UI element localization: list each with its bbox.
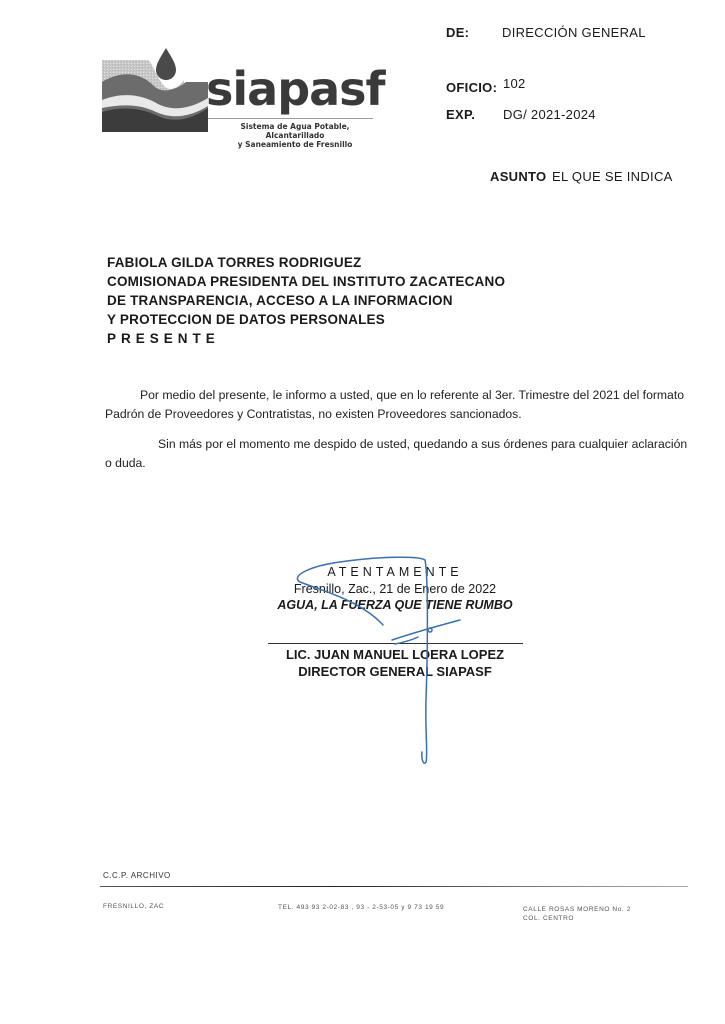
addressee-institution-cont: Y PROTECCION DE DATOS PERSONALES <box>107 310 505 329</box>
addressee-name: FABIOLA GILDA TORRES RODRIGUEZ <box>107 253 505 272</box>
footer-phone: TEL. 493 93 2-02-83 , 93 - 2-53-05 y 9 7… <box>278 903 444 912</box>
signature-line <box>268 643 523 644</box>
signer-name: LIC. JUAN MANUEL LOERA LOPEZ <box>255 647 535 662</box>
addressee-institution: DE TRANSPARENCIA, ACCESO A LA INFORMACIO… <box>107 291 505 310</box>
closing-atentamente: ATENTAMENTE <box>255 565 535 579</box>
brand-subtitle: Sistema de Agua Potable, Alcantarillado … <box>210 122 380 149</box>
footer-city: FRESNILLO, ZAC <box>103 902 164 911</box>
asunto-label: ASUNTO <box>490 169 546 184</box>
asunto-value: EL QUE SE INDICA <box>552 169 673 184</box>
footer-divider <box>100 886 688 887</box>
paragraph2-line1: Sin más por el momento me despido de ust… <box>158 435 687 454</box>
footer-address-line2: COL. CENTRO <box>523 914 631 923</box>
exp-value: DG/ 2021-2024 <box>503 107 596 122</box>
exp-label: EXP. <box>446 107 475 122</box>
de-label: DE: <box>446 25 469 40</box>
brand-subtitle-line2: y Saneamiento de Fresnillo <box>210 140 380 149</box>
ccp-archivo: C.C.P. ARCHIVO <box>103 871 171 880</box>
brand-subtitle-line1: Sistema de Agua Potable, Alcantarillado <box>210 122 380 140</box>
brand-wordmark: siapasf <box>206 64 385 114</box>
oficio-label: OFICIO: <box>446 80 497 95</box>
addressee-position: COMISIONADA PRESIDENTA DEL INSTITUTO ZAC… <box>107 272 505 291</box>
paragraph2-line2: o duda. <box>105 454 146 473</box>
signer-title: DIRECTOR GENERAL SIAPASF <box>255 664 535 679</box>
siapasf-logo: siapasf Sistema de Agua Potable, Alcanta… <box>98 42 378 137</box>
institutional-motto: AGUA, LA FUERZA QUE TIENE RUMBO <box>255 598 535 612</box>
oficio-value: 102 <box>503 76 526 91</box>
paragraph1-line1: Por medio del presente, le informo a ust… <box>140 386 684 405</box>
de-value: DIRECCIÓN GENERAL <box>502 25 646 40</box>
logo-divider <box>208 118 373 119</box>
place-date: Fresnillo, Zac., 21 de Enero de 2022 <box>255 582 535 596</box>
paragraph1-line2: Padrón de Proveedores y Contratistas, no… <box>105 405 522 424</box>
addressee-block: FABIOLA GILDA TORRES RODRIGUEZ COMISIONA… <box>107 253 505 348</box>
footer-address: CALLE ROSAS MORENO No. 2 COL. CENTRO <box>523 905 631 923</box>
water-landscape-icon <box>98 42 208 137</box>
presente-label: PRESENTE <box>107 329 505 348</box>
footer-address-line1: CALLE ROSAS MORENO No. 2 <box>523 905 631 914</box>
